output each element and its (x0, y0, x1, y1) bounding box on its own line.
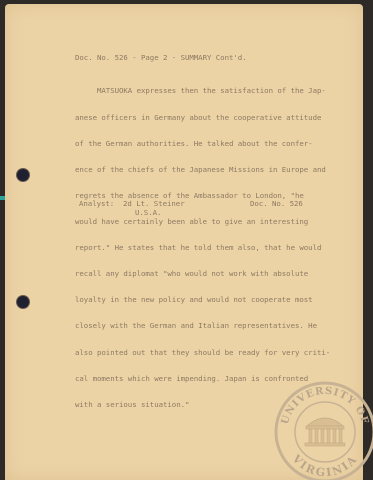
document-header: Doc. No. 526 - Page 2 - SUMMARY Cont'd. (75, 54, 247, 63)
university-seal-watermark: UNIVERSITY OF VIRGINIA (273, 380, 373, 480)
body-line: ence of the chiefs of the Japanese Missi… (75, 166, 330, 175)
document-page: Doc. No. 526 - Page 2 - SUMMARY Cont'd. … (5, 4, 363, 480)
body-line: report." He states that he told them als… (75, 244, 330, 253)
body-line: loyalty in the new policy and would not … (75, 296, 330, 305)
binder-hole-top (17, 169, 29, 181)
analyst-signature: Analyst: 2d Lt. Steiner (79, 200, 185, 209)
summary-body: MATSUOKA expresses then the satisfaction… (75, 70, 330, 427)
rotunda-icon (305, 418, 345, 446)
edge-tab (0, 196, 5, 200)
analyst-service: U.S.A. (135, 209, 161, 218)
body-line: also pointed out that they should be rea… (75, 349, 330, 358)
binder-hole-bottom (17, 296, 29, 308)
body-line: recall any diplomat "who would not work … (75, 270, 330, 279)
analyst-name: 2d Lt. Steiner (123, 199, 185, 208)
body-line: closely with the German and Italian repr… (75, 322, 330, 331)
body-line: anese officers in Germany about the coop… (75, 114, 330, 123)
analyst-label: Analyst: (79, 199, 114, 208)
document-reference: Doc. No. 526 (250, 200, 303, 209)
body-line: of the German authorities. He talked abo… (75, 140, 330, 149)
body-line: MATSUOKA expresses then the satisfaction… (75, 87, 330, 96)
body-line: would have certainly been able to give a… (75, 218, 330, 227)
